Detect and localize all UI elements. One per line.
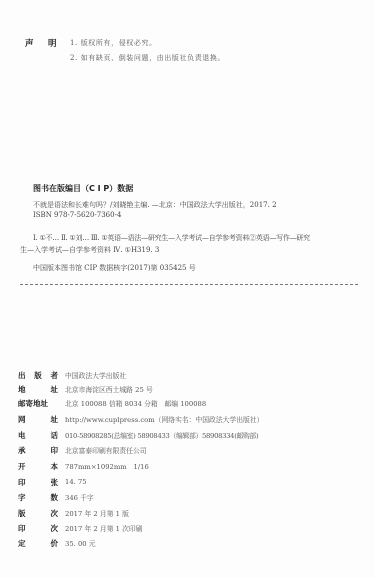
declaration-item-1: 1. 版权所有，侵权必究。	[70, 38, 157, 48]
info-label: 字数	[18, 492, 58, 503]
info-value: 北京市海淀区西土城路 25 号	[65, 384, 153, 394]
info-row-sheets: 印张 14. 75	[18, 475, 58, 489]
info-label: 定价	[18, 538, 58, 549]
declaration-item-2: 2. 如有缺页、倒装问题，由出版社负责退换。	[70, 53, 225, 63]
info-row-price: 定价 35. 00 元	[18, 536, 58, 550]
cip-line-title: 不就是语法和长难句吗？/刘晓艳主编. —北京：中国政法大学出版社，2017. 2	[33, 200, 277, 210]
cip-line-record: 中国版本图书馆 CIP 数据核字(2017)第 035425 号	[33, 263, 196, 273]
info-value: http://www.cuplpress.com（网络实名：中国政法大学出版社）	[65, 414, 263, 424]
cip-line-isbn: ISBN 978-7-5620-7360-4	[33, 211, 121, 219]
info-value: 35. 00 元	[65, 538, 96, 548]
info-row-printer: 承印 北京富泰印刷有限责任公司	[18, 443, 58, 457]
info-row-printing: 印次 2017 年 2 月第 1 次印刷	[18, 521, 58, 535]
info-label: 邮寄地址	[18, 398, 58, 409]
info-value: 2017 年 2 月第 1 次印刷	[65, 523, 143, 533]
info-label: 开本	[18, 461, 58, 472]
cip-title: 图书在版编目（C I P）数据	[33, 183, 133, 194]
info-value: 北京富泰印刷有限责任公司	[65, 445, 147, 455]
info-label: 网址	[18, 414, 58, 425]
info-row-phone: 电话 010-58908285(总编室) 58908433（编辑部）589083…	[18, 428, 58, 442]
info-label: 电话	[18, 430, 58, 441]
info-row-format: 开本 787mm×1092mm 1/16	[18, 459, 58, 473]
info-value: 346 千字	[65, 492, 94, 502]
info-label: 印次	[18, 523, 58, 534]
info-value: 010-58908285(总编室) 58908433（编辑部）58908334(…	[65, 430, 258, 440]
info-row-publisher: 出版者 中国政法大学出版社	[18, 368, 58, 382]
info-row-word-count: 字数 346 千字	[18, 490, 58, 504]
info-label: 印张	[18, 477, 58, 488]
info-label: 承印	[18, 445, 58, 456]
divider-dashed	[20, 284, 358, 285]
info-value: 中国政法大学出版社	[65, 370, 126, 380]
info-label: 版次	[18, 508, 58, 519]
info-value: 787mm×1092mm 1/16	[65, 461, 149, 471]
info-value: 14. 75	[65, 478, 87, 486]
info-value: 北京 100088 信箱 8034 分箱 邮编 100088	[65, 398, 206, 408]
info-label: 地址	[18, 384, 58, 395]
info-row-address: 地址 北京市海淀区西土城路 25 号	[18, 382, 58, 396]
info-row-edition: 版次 2017 年 2 月第 1 版	[18, 506, 58, 520]
info-label: 出版者	[18, 370, 58, 381]
declaration-label-2: 明	[48, 37, 57, 49]
info-row-mailing-address: 邮寄地址 北京 100088 信箱 8034 分箱 邮编 100088	[18, 396, 58, 410]
cip-line-subject-1: Ⅰ. ①不… Ⅱ. ①刘… Ⅲ. ①英语—语法—研究生—入学考试—自学参考资料②…	[33, 233, 310, 243]
info-value: 2017 年 2 月第 1 版	[65, 508, 129, 518]
declaration-label-1: 声	[25, 37, 34, 49]
cip-line-subject-2: 生—入学考试—自学参考资料 Ⅳ. ①H319. 3	[20, 245, 159, 255]
info-row-website: 网址 http://www.cuplpress.com（网络实名：中国政法大学出…	[18, 412, 58, 426]
